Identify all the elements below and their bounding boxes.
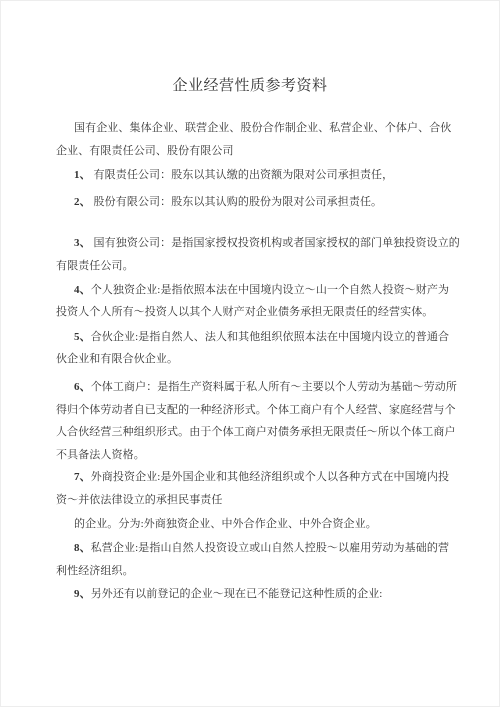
text-line: 不具备法人资格。 [56,444,463,467]
paragraph-item-6: 6、个体工商户：是指生产资料属于私人所有～主要以个人劳动为基础～劳动所 得归个体… [56,376,463,466]
text-line: 资～并依法律设立的承担民事责任 [56,489,463,512]
page-title: 企业经营性质参考资料 [1,1,499,94]
paragraph-item-7-continued: 的企业。分为:外商独资企业、中外合作企业、中外合资企业。 [56,513,463,536]
text-line: 9、另外还有以前登记的企业～现在已不能登记这种性质的企业: [56,583,463,606]
text-line: 国有企业、集体企业、联营企业、股份合作制企业、私营企业、个体户、合伙 [56,117,463,140]
paragraph-item-1: 1、 有限责任公司：股东以其认缴的出资额为限对公司承担责任， [56,164,463,187]
text-line: 4、个人独资企业:是指依照本法在中国境内设立～山一个自然人投资～财产为 [56,279,463,302]
paragraph-item-4: 4、个人独资企业:是指依照本法在中国境内设立～山一个自然人投资～财产为 投资人个… [56,279,463,324]
paragraph-item-2: 2、 股份有限公司：股东以其认购的股份为限对公司承担责任。 [56,191,463,214]
text-line: 8、私营企业:是指山自然人投资设立或山自然人控股～以雇用劳动为基础的营 [56,537,463,560]
text-line: 1、 有限责任公司：股东以其认缴的出资额为限对公司承担责任， [56,164,463,187]
paragraph-intro: 国有企业、集体企业、联营企业、股份合作制企业、私营企业、个体户、合伙 企业、有限… [56,117,463,162]
text-line: 企业、有限责任公司、股份有限公司 [56,140,463,163]
text-line: 投资人个人所有～投资人以其个人财产对企业债务承担无限责任的经营实体。 [56,301,463,324]
paragraph-item-8: 8、私营企业:是指山自然人投资设立或山自然人控股～以雇用劳动为基础的营 利性经济… [56,537,463,582]
paragraph-item-9: 9、另外还有以前登记的企业～现在已不能登记这种性质的企业: [56,583,463,606]
text-line: 的企业。分为:外商独资企业、中外合作企业、中外合资企业。 [56,513,463,536]
text-line: 6、个体工商户：是指生产资料属于私人所有～主要以个人劳动为基础～劳动所 [56,376,463,399]
document-body: 国有企业、集体企业、联营企业、股份合作制企业、私营企业、个体户、合伙 企业、有限… [1,117,499,606]
text-line: 5、合伙企业:是指自然人、法人和其他组织依照本法在中国境内设立的普通合 [56,326,463,349]
text-line: 3、 国有独资公司：是指国家授权投资机构或者国家授权的部门单独投资设立的 [56,232,463,255]
text-line: 2、 股份有限公司：股东以其认购的股份为限对公司承担责任。 [56,191,463,214]
document-page: 企业经营性质参考资料 国有企业、集体企业、联营企业、股份合作制企业、私营企业、个… [0,0,500,707]
paragraph-item-3: 3、 国有独资公司：是指国家授权投资机构或者国家授权的部门单独投资设立的 有限责… [56,232,463,277]
text-line: 有限责任公司。 [56,255,463,278]
text-line: 得归个体劳动者自已支配的一种经济形式。个体工商户有个人经营、家庭经营与个 [56,399,463,422]
paragraph-item-7: 7、外商投资企业:是外国企业和其他经济组织或个人以各种方式在中国境内投 资～并依… [56,466,463,511]
text-line: 7、外商投资企业:是外国企业和其他经济组织或个人以各种方式在中国境内投 [56,466,463,489]
paragraph-item-5: 5、合伙企业:是指自然人、法人和其他组织依照本法在中国境内设立的普通合 伙企业和… [56,326,463,371]
text-line: 人合伙经营三种组织形式。由于个体工商户对债务承担无限责任～所以个体工商户 [56,421,463,444]
text-line: 利性经济组织。 [56,560,463,583]
text-line: 伙企业和有限合伙企业。 [56,348,463,371]
